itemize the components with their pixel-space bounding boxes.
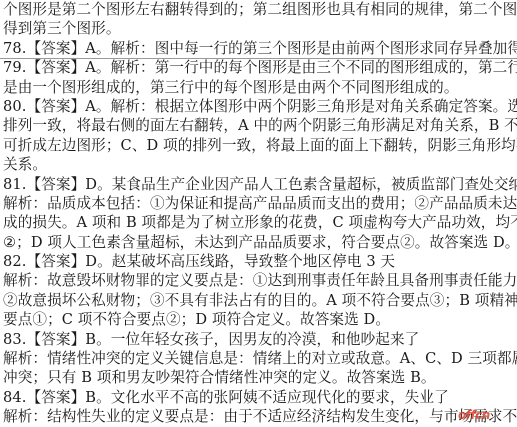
text-line: 个图形是第二个图形左右翻转得到的；第二组图形也具有相同的规律，第二个图形左右翻转	[3, 0, 517, 19]
answer-84: 84.【答案】B。文化水平不高的张阿姨不适应现代化的要求，失业了	[3, 388, 517, 407]
text-line: ②故意损坏公私财物；③不具有非法占有的目的。A 项不符合要点③；B 项精神病人不…	[3, 291, 517, 310]
answer-83: 83.【答案】B。一位年轻女孩子，因男友的冷漠，和他吵起来了	[3, 330, 517, 349]
text-line: 排列一致，将最右侧的面左右翻转，A 中的两个阴影三角形满足对角关系，B 不满足，…	[3, 116, 517, 135]
explanation-82: 解析：故意毁坏财物罪的定义要点是：①达到刑事责任年龄且具备刑事责任能力的自然人；	[3, 271, 517, 290]
text-line: ②；D 项人工色素含量超标，未达到产品品质要求，符合要点②。故答案选 D。	[3, 233, 517, 252]
answer-79: 79.【答案】A。解析：第一行中的每个图形是由三个不同的图形组成的，第二行的每个…	[3, 58, 517, 77]
text-line: 关系。	[3, 155, 517, 174]
text-line: 是由一个图形组成的，第三行中的每个图形是由两个不同图形组成的。	[3, 78, 517, 97]
watermark-logo: offcn	[458, 408, 490, 422]
section-divider	[0, 58, 517, 59]
text-line: 冲突；只有 B 项和男友吵架符合情绪性冲突的定义。故答案选 B。	[3, 368, 517, 387]
explanation-81: 解析：品质成本包括：①为保证和提高产品品质而支出的费用；②产品品质未达到规定而造	[3, 194, 517, 213]
text-line: 要点①；C 项不符合要点②；D 项符合定义。故答案选 D。	[3, 310, 517, 329]
explanation-83: 解析：情绪性冲突的定义关键信息是：情绪上的对立或敌意。A、C、D 三项都属于工作…	[3, 349, 517, 368]
text-line: 得到第三个图形。	[3, 19, 517, 38]
answer-81: 81.【答案】D。某食品生产企业因产品人工色素含量超标，被质监部门查处交纳的罚款	[3, 175, 517, 194]
text-line: 成的损失。A 项和 B 项都是为了树立形象的花费，C 项虚构夸大产品功效，均不符…	[3, 213, 517, 232]
answer-78: 78.【答案】A。解析：图中每一行的第三个图形是由前两个图形求同存异叠加得到的。	[3, 39, 517, 58]
answer-80: 80.【答案】A。解析：根据立体图形中两个阴影三角形是对角关系确定答案。选项 A…	[3, 97, 517, 116]
explanation-84: 解析：结构性失业的定义要点是：由于不适应经济结构发生变化，与市场需求不匹配而引发	[3, 407, 517, 426]
answer-explanation-document: 个图形是第二个图形左右翻转得到的；第二组图形也具有相同的规律，第二个图形左右翻转…	[3, 0, 517, 427]
answer-82: 82.【答案】D。赵某破坏高压线路，导致整个地区停电 3 天	[3, 252, 517, 271]
text-line: 可折成左边图形；C、D 项的排列一致，将最上面的面上下翻转，阴影三角形均不构成对…	[3, 136, 517, 155]
